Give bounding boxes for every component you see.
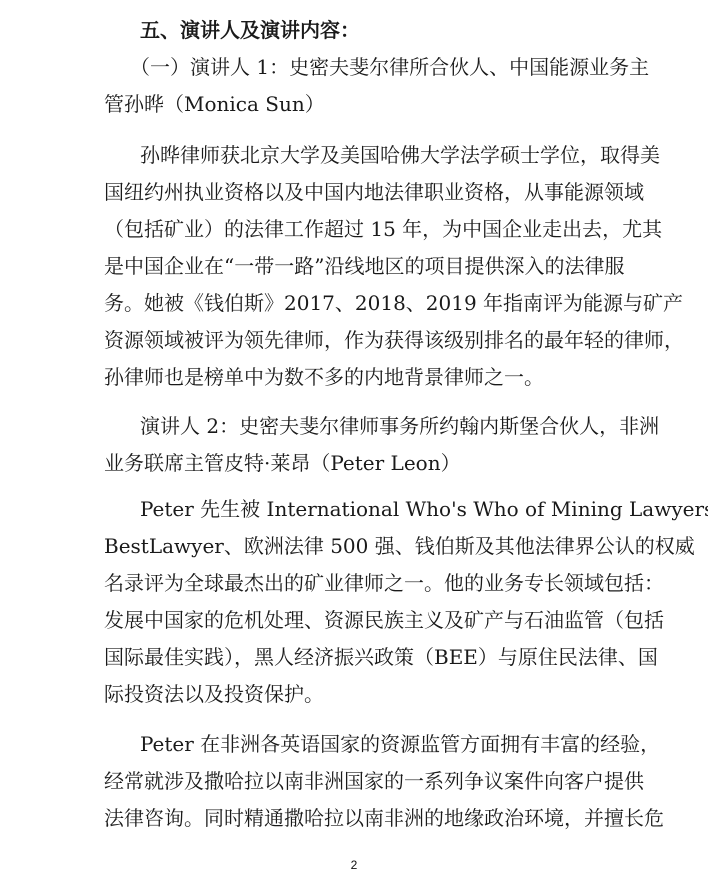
page-number: 2 xyxy=(0,858,708,872)
speaker2-bio-line: Peter 在非洲各英语国家的资源监管方面拥有丰富的经验， xyxy=(140,732,606,756)
speaker2-bio-line: 名录评为全球最杰出的矿业律师之一。他的业务专长领域包括： xyxy=(104,571,609,595)
speaker1-bio-line: 务。她被《钱伯斯》2017、2018、2019 年指南评为能源与矿产 xyxy=(104,291,609,315)
speaker2-title-line-2: 业务联席主管皮特·莱昂（Peter Leon） xyxy=(104,451,609,475)
speaker1-bio-line: 孙律师也是榜单中为数不多的内地背景律师之一。 xyxy=(104,365,609,389)
speaker1-bio-line: 资源领域被评为领先律师，作为获得该级别排名的最年轻的律师， xyxy=(104,328,609,352)
speaker2-bio-line: 发展中国家的危机处理、资源民族主义及矿产与石油监管（包括 xyxy=(104,608,609,632)
speaker1-bio-line: 国纽约州执业资格以及中国内地法律职业资格，从事能源领域 xyxy=(104,180,609,204)
speaker2-title-line-1: 演讲人 2：史密夫斐尔律师事务所约翰内斯堡合伙人，非洲 xyxy=(140,414,606,438)
speaker2-bio-line: 际投资法以及投资保护。 xyxy=(104,682,609,706)
speaker2-bio-line: BestLawyer、欧洲法律 500 强、钱伯斯及其他法律界公认的权威 xyxy=(104,534,609,558)
document-page: 五、演讲人及演讲内容： （一）演讲人 1：史密夫斐尔律所合伙人、中国能源业务主 … xyxy=(0,0,708,884)
speaker1-bio-line: （包括矿业）的法律工作超过 15 年，为中国企业走出去，尤其 xyxy=(104,217,609,241)
speaker1-bio-line: 是中国企业在“一带一路”沿线地区的项目提供深入的法律服 xyxy=(104,254,609,278)
speaker1-title-line-1: （一）演讲人 1：史密夫斐尔律所合伙人、中国能源业务主 xyxy=(130,55,608,79)
speaker1-title-line-2: 管孙晔（Monica Sun） xyxy=(104,92,609,116)
speaker2-bio-line: 国际最佳实践），黑人经济振兴政策（BEE）与原住民法律、国 xyxy=(104,645,609,669)
section-heading: 五、演讲人及演讲内容： xyxy=(140,18,645,42)
speaker2-bio-line: 经常就涉及撒哈拉以南非洲国家的一系列争议案件向客户提供 xyxy=(104,769,609,793)
speaker1-bio-line: 孙晔律师获北京大学及美国哈佛大学法学硕士学位，取得美 xyxy=(140,143,606,167)
speaker2-bio-line: Peter 先生被 International Who's Who of Min… xyxy=(140,497,606,521)
speaker2-bio-line: 法律咨询。同时精通撒哈拉以南非洲的地缘政治环境，并擅长危 xyxy=(104,806,609,830)
